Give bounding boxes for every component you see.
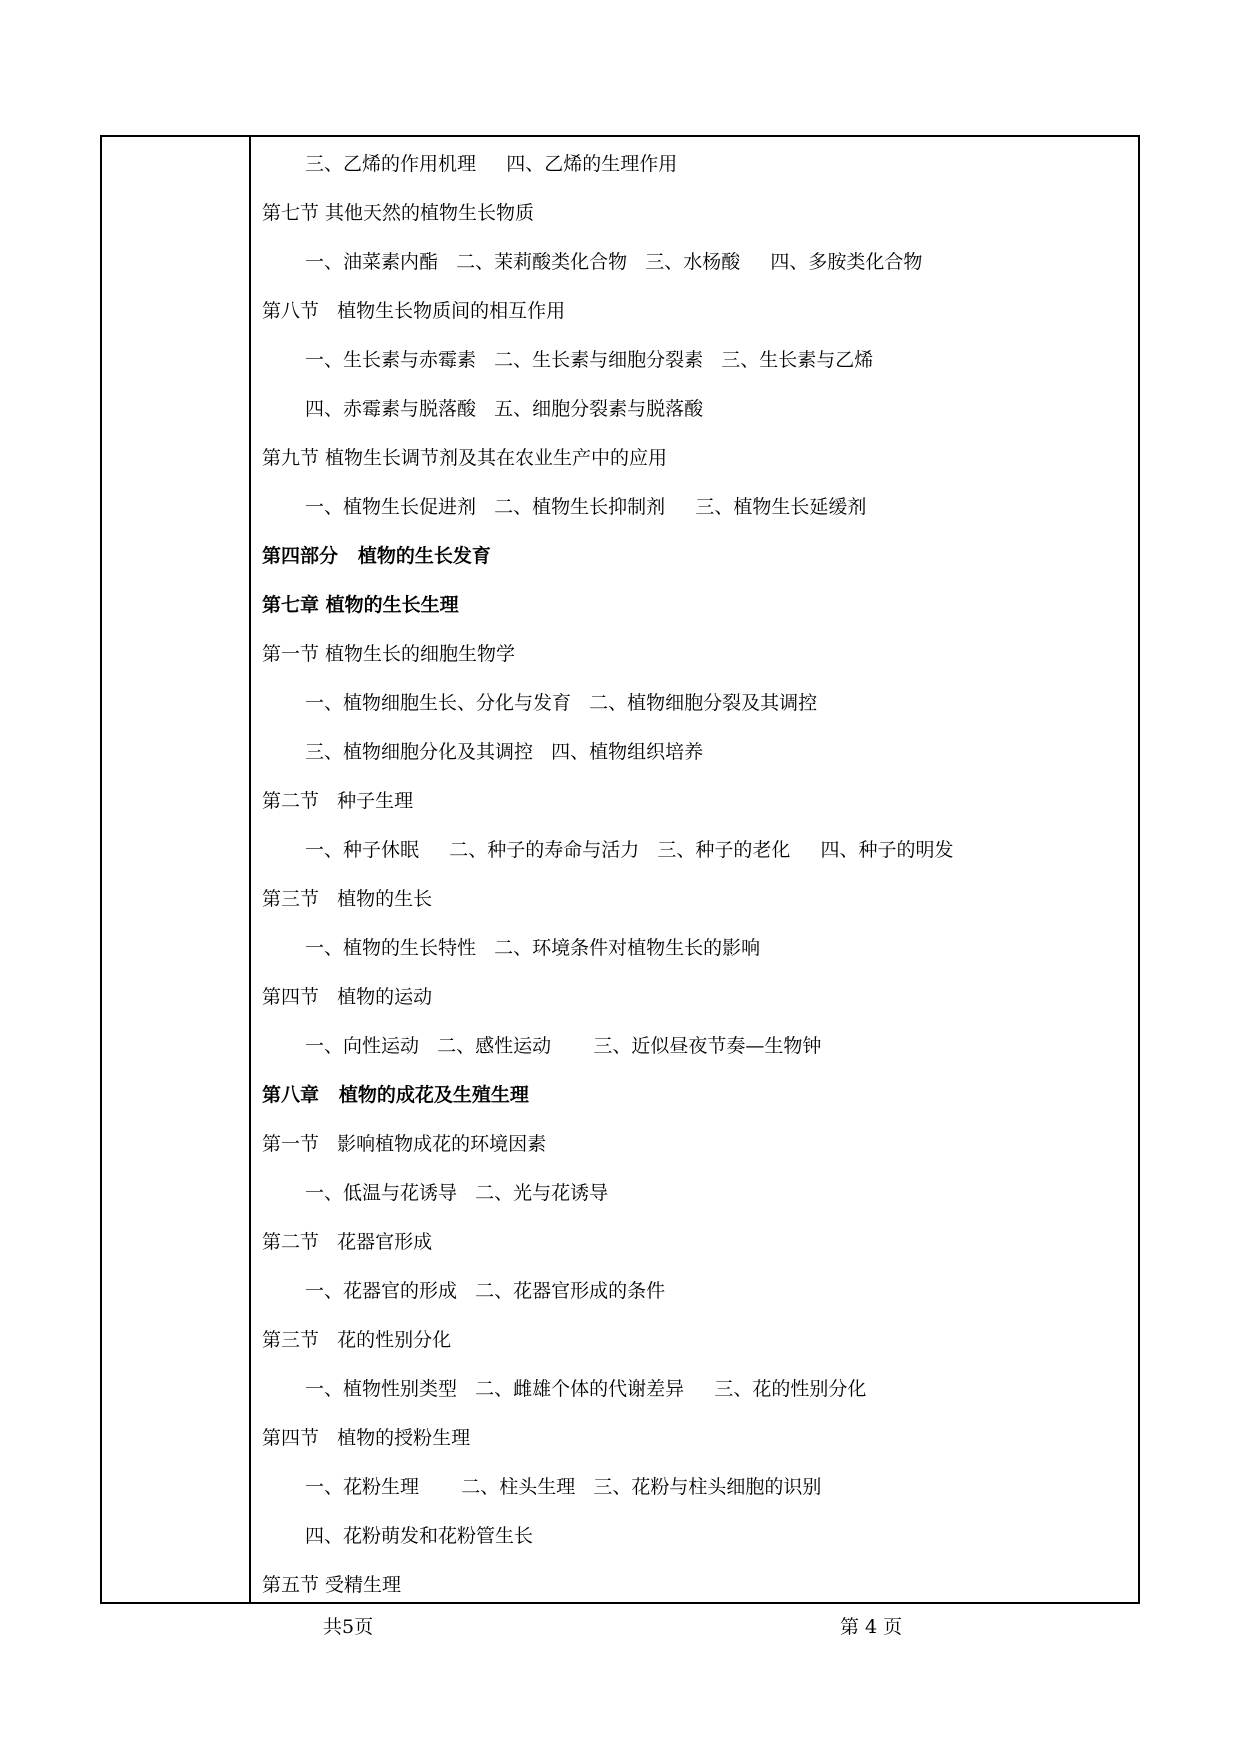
item-line: 一、种子休眠 二、种子的寿命与活力 三、种子的老化 四、种子的明发 — [262, 826, 1128, 875]
part-heading: 第四部分 植物的生长发育 — [262, 532, 1128, 581]
item-line: 一、植物的生长特性 二、环境条件对植物生长的影响 — [262, 924, 1128, 973]
item-line: 三、乙烯的作用机理 四、乙烯的生理作用 — [262, 140, 1128, 189]
item-line: 一、花器官的形成 二、花器官形成的条件 — [262, 1267, 1128, 1316]
chapter-heading: 第七章 植物的生长生理 — [262, 581, 1128, 630]
item-line: 一、生长素与赤霉素 二、生长素与细胞分裂素 三、生长素与乙烯 — [262, 336, 1128, 385]
item-line: 一、植物细胞生长、分化与发育 二、植物细胞分裂及其调控 — [262, 679, 1128, 728]
footer-total-pages: 共5页 — [323, 1612, 373, 1639]
column-divider — [249, 137, 251, 1602]
section-heading: 第二节 花器官形成 — [262, 1218, 1128, 1267]
item-line: 一、向性运动 二、感性运动 三、近似昼夜节奏—生物钟 — [262, 1022, 1128, 1071]
section-heading: 第七节 其他天然的植物生长物质 — [262, 189, 1128, 238]
item-line: 一、植物性别类型 二、雌雄个体的代谢差异 三、花的性别分化 — [262, 1365, 1128, 1414]
footer-page-number: 第 4 页 — [840, 1612, 902, 1639]
item-line: 一、低温与花诱导 二、光与花诱导 — [262, 1169, 1128, 1218]
item-line: 四、花粉萌发和花粉管生长 — [262, 1512, 1128, 1561]
item-line: 一、油菜素内酯 二、茉莉酸类化合物 三、水杨酸 四、多胺类化合物 — [262, 238, 1128, 287]
section-heading: 第一节 植物生长的细胞生物学 — [262, 630, 1128, 679]
item-line: 三、植物细胞分化及其调控 四、植物组织培养 — [262, 728, 1128, 777]
section-heading: 第三节 花的性别分化 — [262, 1316, 1128, 1365]
section-heading: 第五节 受精生理 — [262, 1561, 1128, 1610]
section-heading: 第八节 植物生长物质间的相互作用 — [262, 287, 1128, 336]
syllabus-table: 三、乙烯的作用机理 四、乙烯的生理作用 第七节 其他天然的植物生长物质 一、油菜… — [100, 135, 1140, 1604]
section-heading: 第三节 植物的生长 — [262, 875, 1128, 924]
section-heading: 第四节 植物的授粉生理 — [262, 1414, 1128, 1463]
section-heading: 第四节 植物的运动 — [262, 973, 1128, 1022]
item-line: 一、花粉生理 二、柱头生理 三、花粉与柱头细胞的识别 — [262, 1463, 1128, 1512]
item-line: 一、植物生长促进剂 二、植物生长抑制剂 三、植物生长延缓剂 — [262, 483, 1128, 532]
section-heading: 第二节 种子生理 — [262, 777, 1128, 826]
chapter-heading: 第八章 植物的成花及生殖生理 — [262, 1071, 1128, 1120]
item-line: 四、赤霉素与脱落酸 五、细胞分裂素与脱落酸 — [262, 385, 1128, 434]
section-heading: 第一节 影响植物成花的环境因素 — [262, 1120, 1128, 1169]
content-cell: 三、乙烯的作用机理 四、乙烯的生理作用 第七节 其他天然的植物生长物质 一、油菜… — [262, 140, 1128, 1610]
section-heading: 第九节 植物生长调节剂及其在农业生产中的应用 — [262, 434, 1128, 483]
